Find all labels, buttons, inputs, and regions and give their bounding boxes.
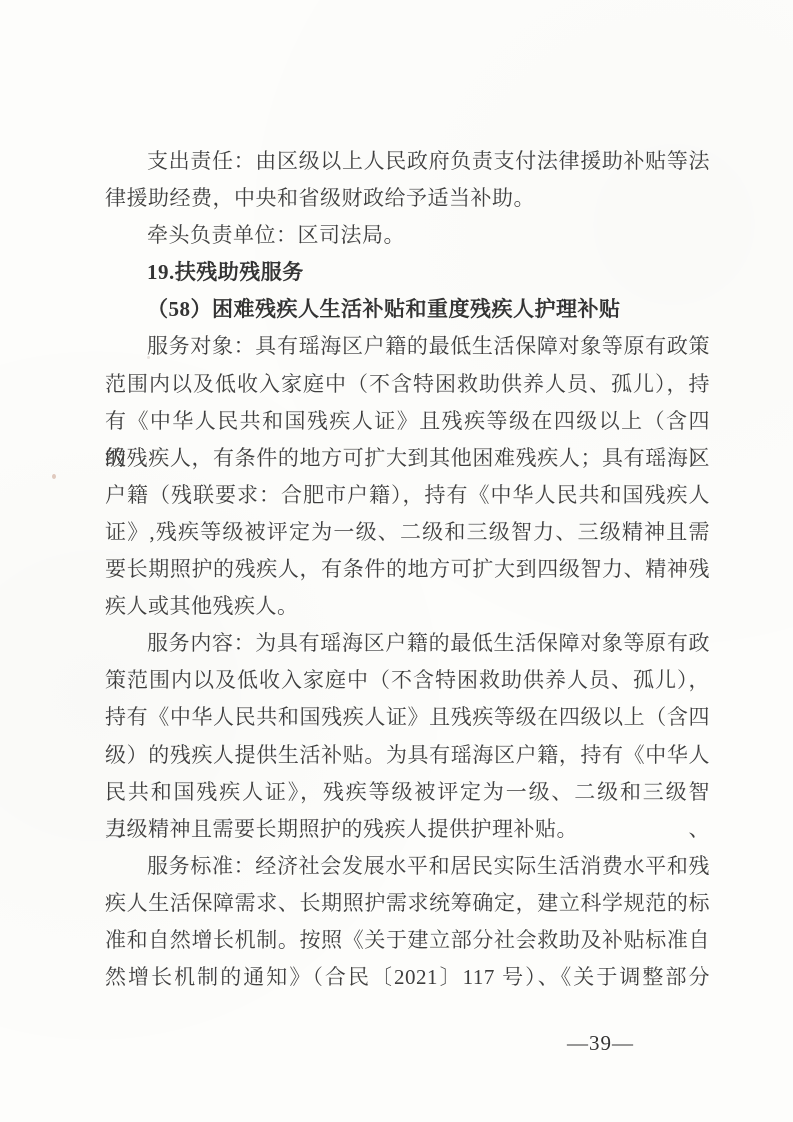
document-page: 支出责任：由区级以上人民政府负责支付法律援助补贴等法律援助经费，中央和省级财政给… bbox=[0, 0, 793, 1122]
text-line: 服务内容：为具有瑶海区户籍的最低生活保障对象等原有政 bbox=[105, 625, 710, 662]
text-line: 疾人生活保障需求、长期照护需求统筹确定，建立科学规范的标 bbox=[105, 885, 710, 922]
text-line: 户籍（残联要求：合肥市户籍），持有《中华人民共和国残疾人 bbox=[105, 477, 710, 514]
text-line: 民共和国残疾人证》，残疾等级被评定为一级、二级和三级智力、 bbox=[105, 774, 710, 811]
text-line: 持有《中华人民共和国残疾人证》且残疾等级在四级以上（含四 bbox=[105, 699, 710, 736]
text-line: （58）困难残疾人生活补贴和重度残疾人护理补贴 bbox=[105, 291, 710, 328]
para-service-target: 服务对象：具有瑶海区户籍的最低生活保障对象等原有政策范围内以及低收入家庭中（不含… bbox=[105, 328, 710, 625]
para-service-standard: 服务标准：经济社会发展水平和居民实际生活消费水平和残疾人生活保障需求、长期照护需… bbox=[105, 848, 710, 996]
text-line: 支出责任：由区级以上人民政府负责支付法律援助补贴等法 bbox=[105, 143, 710, 180]
text-line: 牵头负责单位：区司法局。 bbox=[105, 217, 710, 254]
text-line: 策范围内以及低收入家庭中（不含特困救助供养人员、孤儿）， bbox=[105, 662, 710, 699]
scan-artifact bbox=[147, 356, 150, 359]
text-line: 证》,残疾等级被评定为一级、二级和三级智力、三级精神且需 bbox=[105, 514, 710, 551]
text-line: 有《中华人民共和国残疾人证》且残疾等级在四级以上（含四级） bbox=[105, 403, 710, 440]
text-line: 律援助经费，中央和省级财政给予适当补助。 bbox=[105, 180, 710, 217]
text-line: 级）的残疾人提供生活补贴。为具有瑶海区户籍，持有《中华人 bbox=[105, 737, 710, 774]
text-line: 服务对象：具有瑶海区户籍的最低生活保障对象等原有政策 bbox=[105, 328, 710, 365]
page-number: —39— bbox=[567, 1031, 634, 1056]
text-line: 范围内以及低收入家庭中（不含特困救助供养人员、孤儿），持 bbox=[105, 366, 710, 403]
text-line: 疾人或其他残疾人。 bbox=[105, 588, 710, 625]
heading-58-subsidies: （58）困难残疾人生活补贴和重度残疾人护理补贴 bbox=[105, 291, 710, 328]
text-line: 的残疾人，有条件的地方可扩大到其他困难残疾人；具有瑶海区 bbox=[105, 440, 710, 477]
para-service-content: 服务内容：为具有瑶海区户籍的最低生活保障对象等原有政策范围内以及低收入家庭中（不… bbox=[105, 625, 710, 848]
text-line: 要长期照护的残疾人，有条件的地方可扩大到四级智力、精神残 bbox=[105, 551, 710, 588]
text-line: 服务标准：经济社会发展水平和居民实际生活消费水平和残 bbox=[105, 848, 710, 885]
scan-artifact bbox=[52, 474, 56, 479]
heading-19-disability-services: 19.扶残助残服务 bbox=[105, 254, 710, 291]
text-line: 然增长机制的通知》（合民〔2021〕117 号）、《关于调整部分 bbox=[105, 959, 710, 996]
para-expenditure-responsibility: 支出责任：由区级以上人民政府负责支付法律援助补贴等法律援助经费，中央和省级财政给… bbox=[105, 143, 710, 217]
para-lead-unit: 牵头负责单位：区司法局。 bbox=[105, 217, 710, 254]
text-line: 19.扶残助残服务 bbox=[105, 254, 710, 291]
text-line: 准和自然增长机制。按照《关于建立部分社会救助及补贴标准自 bbox=[105, 922, 710, 959]
